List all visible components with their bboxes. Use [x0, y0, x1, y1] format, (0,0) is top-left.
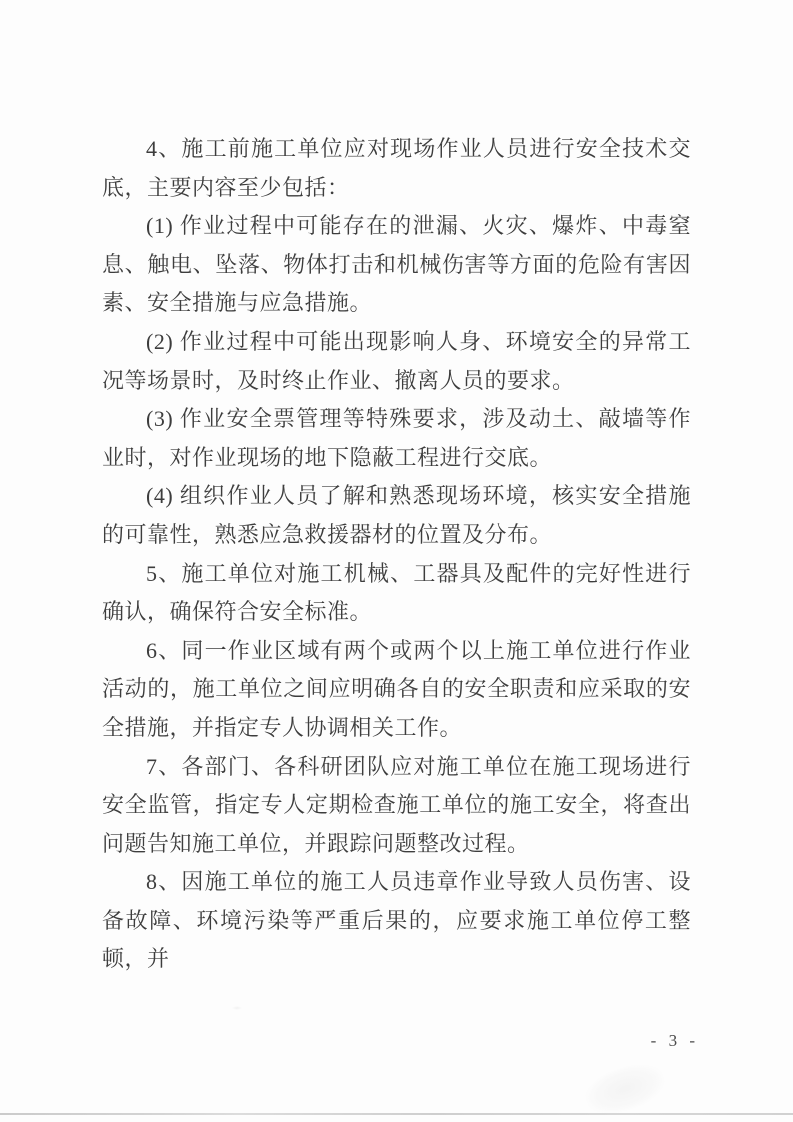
- scan-edge-shadow: [0, 1113, 793, 1115]
- document-body: 4、施工前施工单位应对现场作业人员进行安全技术交底，主要内容至少包括： (1) …: [102, 130, 691, 979]
- scan-smudge-artifact: [580, 1057, 669, 1122]
- paragraph-item-6: 6、同一作业区域有两个或两个以上施工单位进行作业活动的，施工单位之间应明确各自的…: [102, 632, 691, 748]
- paragraph-subitem-3: (3) 作业安全票管理等特殊要求，涉及动土、敲墙等作业时，对作业现场的地下隐蔽工…: [102, 400, 691, 477]
- paragraph-subitem-2: (2) 作业过程中可能出现影响人身、环境安全的异常工况等场景时，及时终止作业、撤…: [102, 323, 691, 400]
- paragraph-item-7: 7、各部门、各科研团队应对施工单位在施工现场进行安全监管，指定专人定期检查施工单…: [102, 748, 691, 864]
- paragraph-item-4-intro: 4、施工前施工单位应对现场作业人员进行安全技术交底，主要内容至少包括：: [102, 130, 691, 207]
- paragraph-item-8: 8、因施工单位的施工人员违章作业导致人员伤害、设备故障、环境污染等严重后果的，应…: [102, 863, 691, 979]
- paragraph-subitem-1: (1) 作业过程中可能存在的泄漏、火灾、爆炸、中毒窒息、触电、坠落、物体打击和机…: [102, 207, 691, 323]
- document-page: 4、施工前施工单位应对现场作业人员进行安全技术交底，主要内容至少包括： (1) …: [0, 0, 793, 1122]
- paragraph-subitem-4: (4) 组织作业人员了解和熟悉现场环境，核实安全措施的可靠性，熟悉应急救援器材的…: [102, 477, 691, 554]
- paragraph-item-5: 5、施工单位对施工机械、工器具及配件的完好性进行确认，确保符合安全标准。: [102, 555, 691, 632]
- scan-speck-artifact: [232, 1006, 242, 1010]
- page-number: - 3 -: [651, 1031, 699, 1051]
